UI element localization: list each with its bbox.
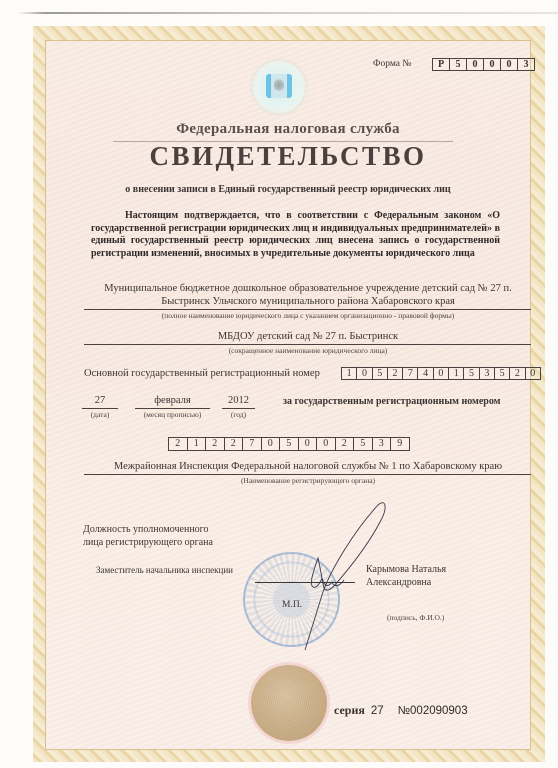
- date-year: 2012: [222, 395, 255, 406]
- signer-name-line1: Карымова Наталья: [366, 563, 446, 576]
- authority-caption: (Наименование регистрирующего органа): [84, 476, 532, 485]
- digit-cell: 3: [518, 59, 534, 70]
- digit-cell: 3: [480, 368, 495, 379]
- scan-edge-line: [18, 12, 558, 14]
- digit-cell: 0: [526, 368, 540, 379]
- digit-cell: Р: [433, 59, 450, 70]
- digit-cell: 4: [418, 368, 433, 379]
- digit-cell: 5: [354, 438, 373, 450]
- double-headed-eagle-icon: [266, 74, 292, 98]
- digit-cell: 0: [484, 59, 501, 70]
- digit-cell: 2: [206, 438, 225, 450]
- authority-name: Межрайонная Инспекция Федеральной налого…: [84, 461, 532, 472]
- date-day: 27: [82, 395, 118, 406]
- digit-cell: 0: [262, 438, 281, 450]
- signer-name: Карымова Наталья Александровна: [366, 563, 446, 589]
- digit-cell: 1: [188, 438, 207, 450]
- digit-cell: 0: [299, 438, 318, 450]
- digit-cell: 5: [464, 368, 479, 379]
- date-year-caption: (год): [222, 410, 255, 419]
- series-value: 27: [371, 705, 384, 717]
- digit-cell: 2: [336, 438, 355, 450]
- digit-cell: 2: [225, 438, 244, 450]
- full-name-line1: Муниципальное бюджетное дошкольное образ…: [84, 282, 532, 295]
- digit-cell: 2: [388, 368, 403, 379]
- document-title: СВИДЕТЕЛЬСТВО: [45, 141, 531, 172]
- signer-name-line2: Александровна: [366, 576, 446, 589]
- digit-cell: 1: [449, 368, 464, 379]
- digit-cell: 9: [391, 438, 409, 450]
- position-value: Заместитель начальника инспекции: [96, 565, 233, 575]
- digit-cell: 2: [169, 438, 188, 450]
- embossed-seal-icon: [251, 665, 327, 741]
- issuer-name: Федеральная налоговая служба: [45, 121, 531, 138]
- full-name-field: Муниципальное бюджетное дошкольное образ…: [84, 282, 532, 308]
- digit-cell: 5: [373, 368, 388, 379]
- short-name-underline: [84, 344, 531, 345]
- digit-cell: 5: [495, 368, 510, 379]
- full-name-line2: Быстринск Ульчского муниципального район…: [84, 295, 532, 308]
- digit-cell: 0: [501, 59, 518, 70]
- date-month-caption: (месяц прописью): [125, 410, 220, 419]
- digit-cell: 3: [373, 438, 392, 450]
- digit-cell: 0: [357, 368, 372, 379]
- signature-caption: (подпись, Ф.И.О.): [387, 613, 444, 622]
- short-name-value: МБДОУ детский сад № 27 п. Быстринск: [84, 331, 532, 342]
- ogrn-label: Основной государственный регистрационный…: [84, 368, 320, 379]
- certification-paragraph: Настоящим подтверждается, что в соответс…: [91, 210, 500, 260]
- short-name-caption: (сокращенное наименование юридического л…: [84, 346, 532, 355]
- full-name-underline: [84, 309, 531, 310]
- position-label-line1: Должность уполномоченного: [83, 523, 213, 536]
- digit-cell: 5: [450, 59, 467, 70]
- digit-cell: 0: [467, 59, 484, 70]
- digit-cell: 7: [403, 368, 418, 379]
- full-name-caption: (полное наименование юридического лица с…: [84, 311, 532, 320]
- digit-cell: 5: [280, 438, 299, 450]
- emblem-hologram-icon: [253, 61, 305, 113]
- digit-cell: 0: [434, 368, 449, 379]
- form-number-label: Форма №: [373, 59, 411, 69]
- grn-cells: 2122705002539: [168, 437, 410, 451]
- date-day-underline: [82, 408, 118, 409]
- date-year-underline: [222, 408, 255, 409]
- date-day-caption: (дата): [82, 410, 118, 419]
- blank-number: №002090903: [398, 705, 468, 717]
- digit-cell: 2: [510, 368, 525, 379]
- position-label: Должность уполномоченного лица регистрир…: [83, 523, 213, 549]
- grn-label: за государственным регистрационным номер…: [283, 396, 500, 407]
- date-month: февраля: [135, 395, 210, 406]
- authority-underline: [84, 474, 531, 475]
- document-subtitle: о внесении записи в Единый государственн…: [45, 184, 531, 195]
- form-number-cells: Р50003: [432, 58, 535, 71]
- digit-cell: 7: [243, 438, 262, 450]
- digit-cell: 0: [317, 438, 336, 450]
- series-number: серия27№002090903: [334, 703, 468, 718]
- ogrn-cells: 1052740153520: [341, 367, 541, 380]
- digit-cell: 1: [342, 368, 357, 379]
- series-label: серия: [334, 703, 365, 717]
- position-label-line2: лица регистрирующего органа: [83, 536, 213, 549]
- certification-text: Настоящим подтверждается, что в соответс…: [91, 210, 500, 259]
- date-month-underline: [135, 408, 210, 409]
